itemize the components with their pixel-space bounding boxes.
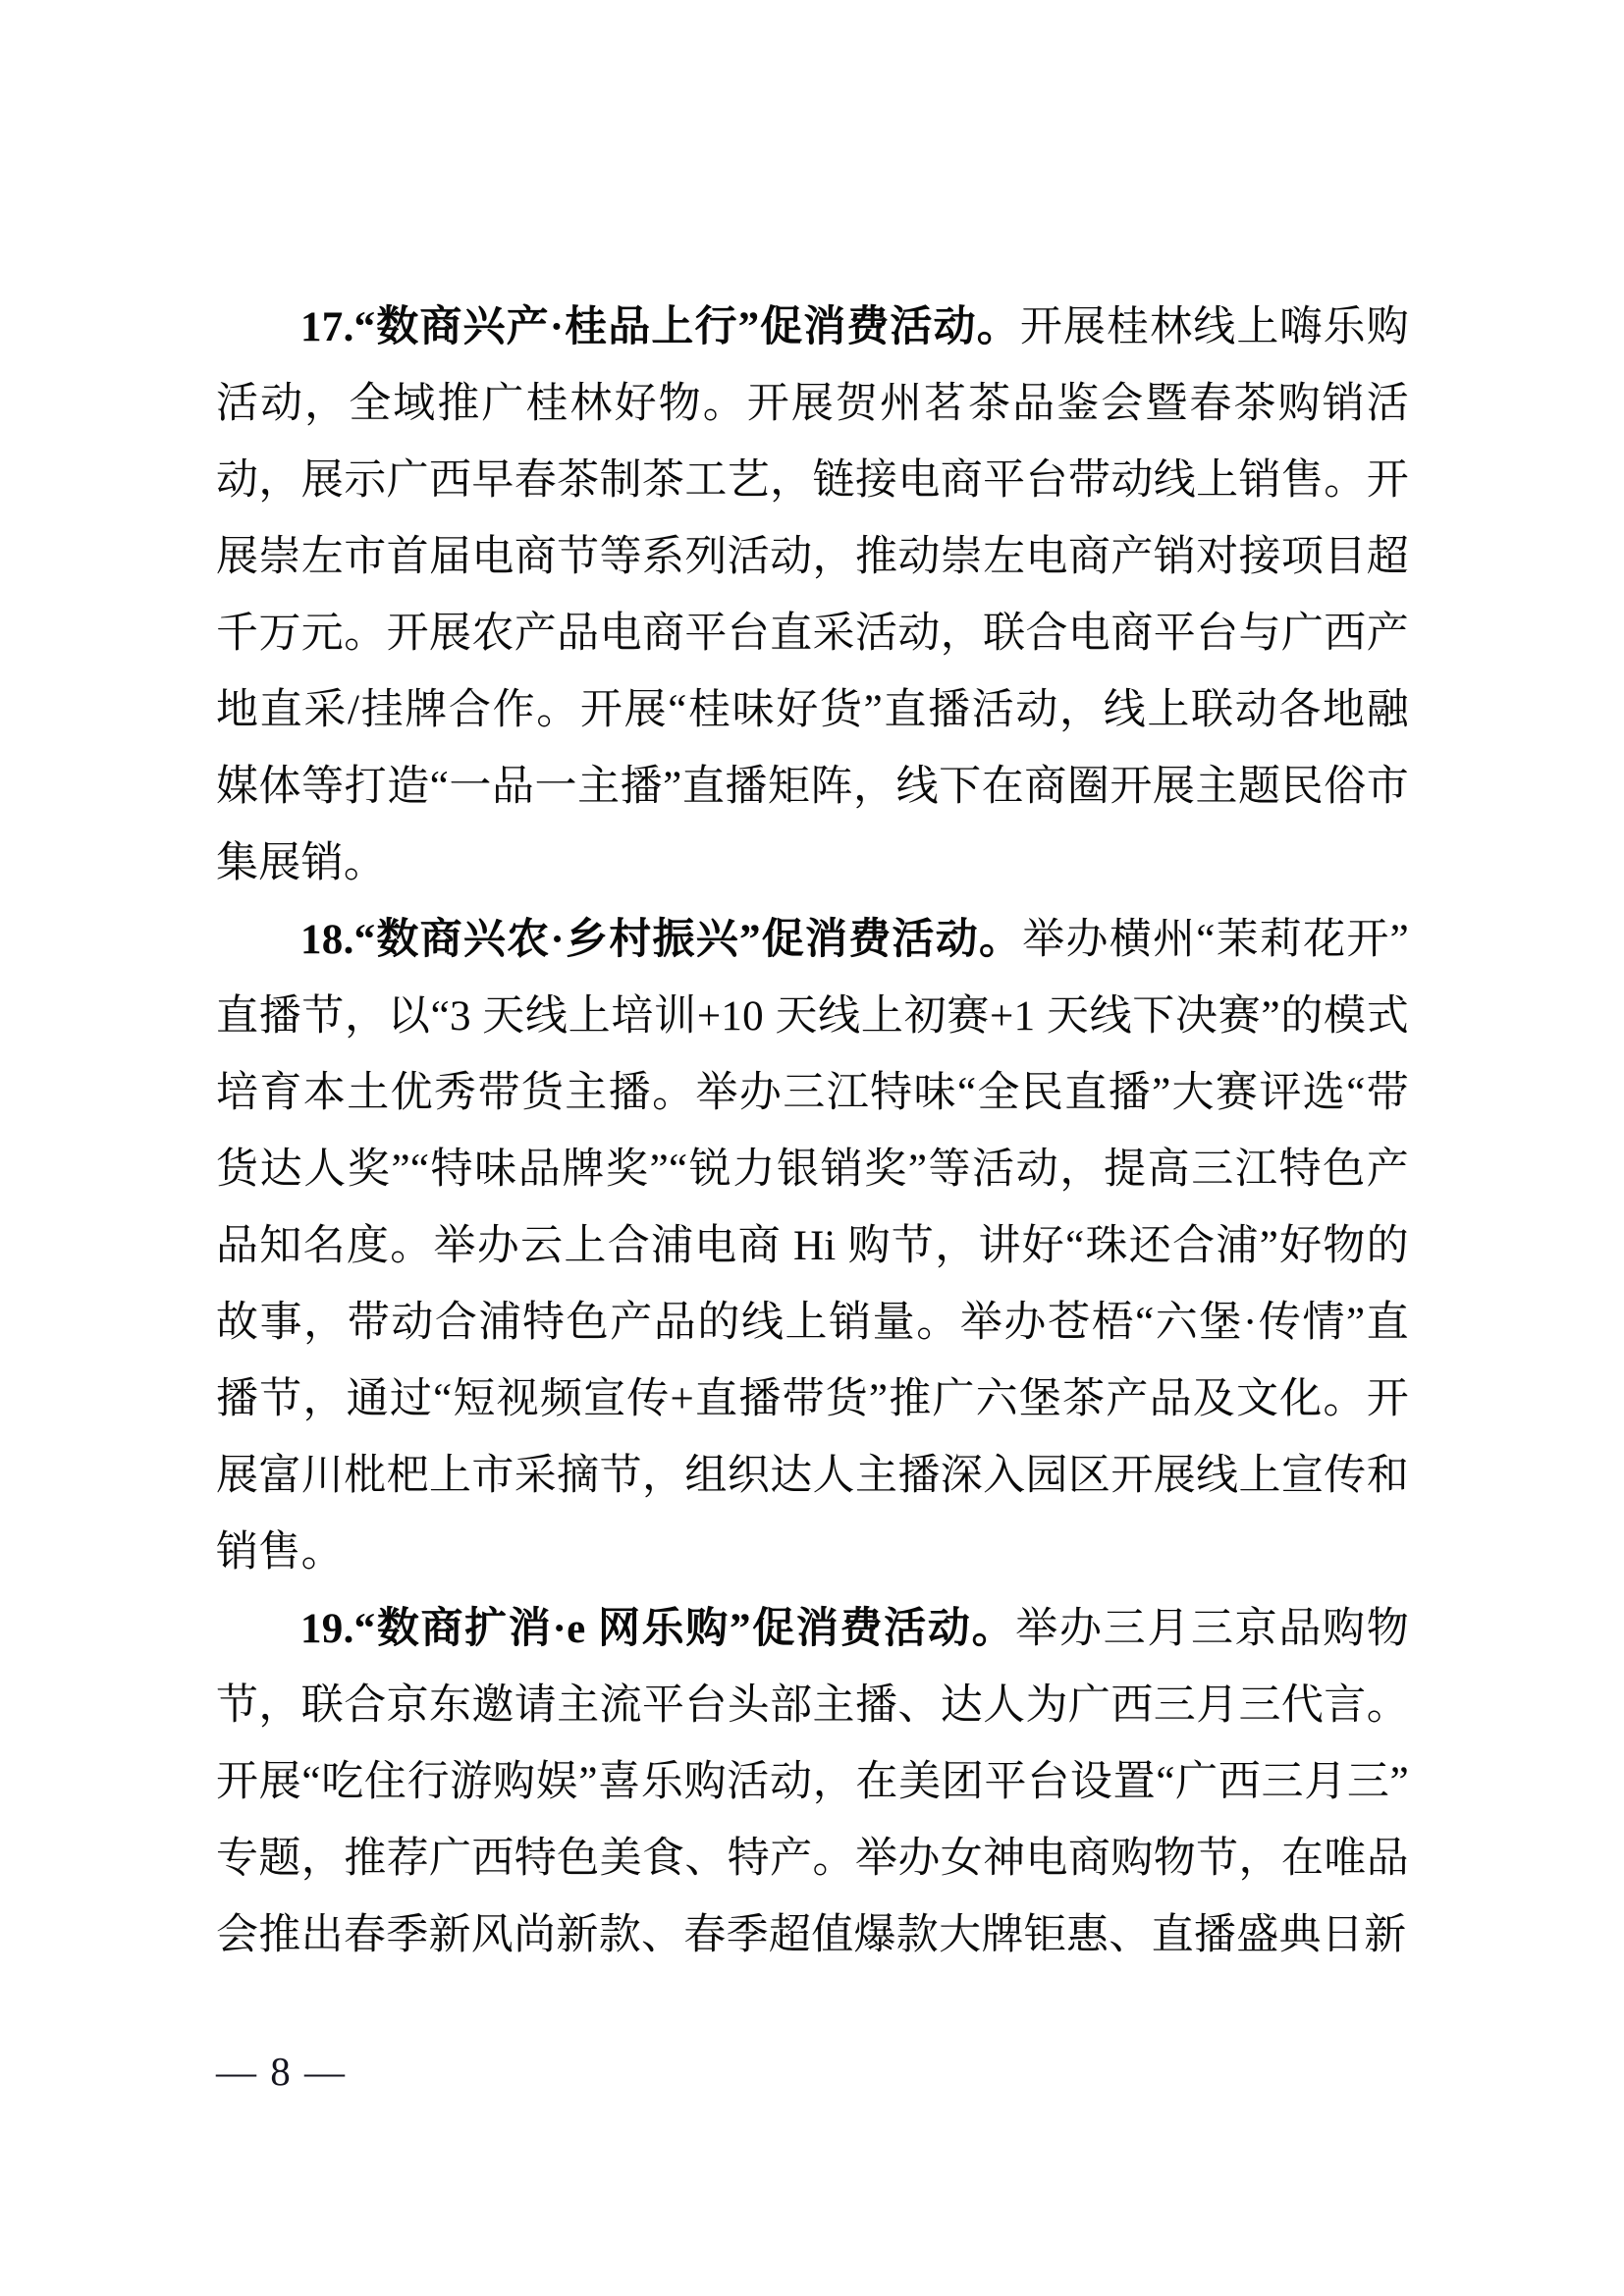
paragraph-18: 18.“数商兴农·乡村振兴”促消费活动。举办横州“茉莉花开”直播节，以“3 天线… bbox=[216, 902, 1409, 1591]
page-footer: — 8 — bbox=[216, 2050, 347, 2094]
paragraph-19-heading: 19.“数商扩消·e 网乐购”促消费活动。 bbox=[300, 1606, 1015, 1652]
document-body: 17.“数商兴产·桂品上行”促消费活动。开展桂林线上嗨乐购活动，全域推广桂林好物… bbox=[216, 290, 1409, 1974]
paragraph-17: 17.“数商兴产·桂品上行”促消费活动。开展桂林线上嗨乐购活动，全域推广桂林好物… bbox=[216, 290, 1409, 902]
document-page: 17.“数商兴产·桂品上行”促消费活动。开展桂林线上嗨乐购活动，全域推广桂林好物… bbox=[0, 0, 1624, 2296]
paragraph-19-text: 举办三月三京品购物节，联合京东邀请主流平台头部主播、达人为广西三月三代言。开展“… bbox=[216, 1606, 1409, 1958]
paragraph-17-text: 开展桂林线上嗨乐购活动，全域推广桂林好物。开展贺州茗茶品鉴会暨春茶购销活动，展示… bbox=[216, 304, 1409, 886]
paragraph-18-text: 举办横州“茉莉花开”直播节，以“3 天线上培训+10 天线上初赛+1 天线下决赛… bbox=[216, 917, 1409, 1575]
paragraph-17-heading: 17.“数商兴产·桂品上行”促消费活动。 bbox=[300, 304, 1020, 350]
paragraph-18-heading: 18.“数商兴农·乡村振兴”促消费活动。 bbox=[300, 917, 1022, 963]
paragraph-19: 19.“数商扩消·e 网乐购”促消费活动。举办三月三京品购物节，联合京东邀请主流… bbox=[216, 1591, 1409, 1974]
page-number: — 8 — bbox=[216, 2049, 347, 2094]
